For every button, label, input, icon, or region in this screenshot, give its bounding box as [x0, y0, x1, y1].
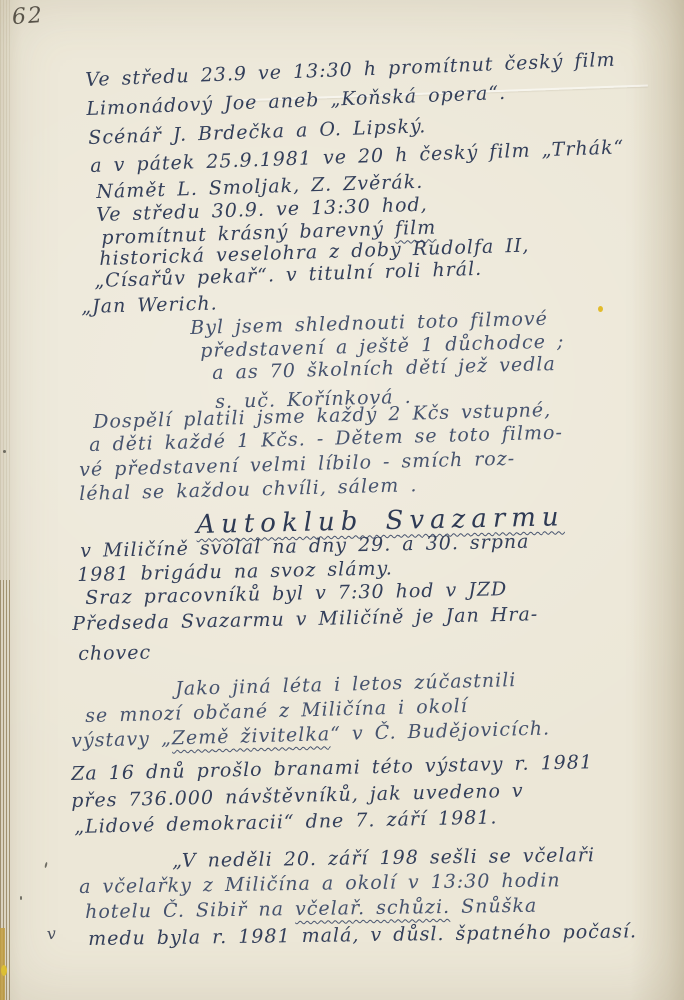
ink-speck: [20, 896, 22, 900]
binding-gold-spot: [1, 965, 7, 976]
paper-stain: [598, 306, 603, 312]
ink-speck: [3, 450, 6, 453]
binding-gold-strip: [0, 928, 5, 1000]
handwritten-line: hotelu Č. Sibiř na včelař. schůzi. Snůšk…: [85, 896, 537, 924]
handwritten-line: v Miličíně svolal na dny 29. a 30. srpna: [80, 532, 530, 563]
chronicle-page: 62 Ve středu 23.9 ve 13:30 h promítnut č…: [0, 0, 684, 1000]
handwritten-line: Ve středu 23.9 ve 13:30 h promítnut česk…: [85, 50, 616, 92]
underlined-phrase: Země živitelka: [171, 723, 330, 749]
handwritten-line: Předseda Svazarmu v Miličíně je Jan Hra-: [72, 604, 538, 636]
handwritten-line: chovec: [78, 642, 151, 665]
handwritten-line: medu byla r. 1981 malá, v důsl. špatného…: [88, 921, 637, 951]
handwritten-line: „Jan Werich.: [81, 293, 218, 318]
handwritten-line: „Lidové demokracii“ dne 7. září 1981.: [74, 807, 498, 838]
manuscript-text: Ve středu 23.9 ve 13:30 h promítnut česk…: [0, 0, 684, 1000]
underlined-phrase: film: [395, 216, 437, 239]
margin-checkmark: v: [46, 926, 57, 943]
underlined-phrase: včelař. schůzi.: [295, 896, 450, 920]
